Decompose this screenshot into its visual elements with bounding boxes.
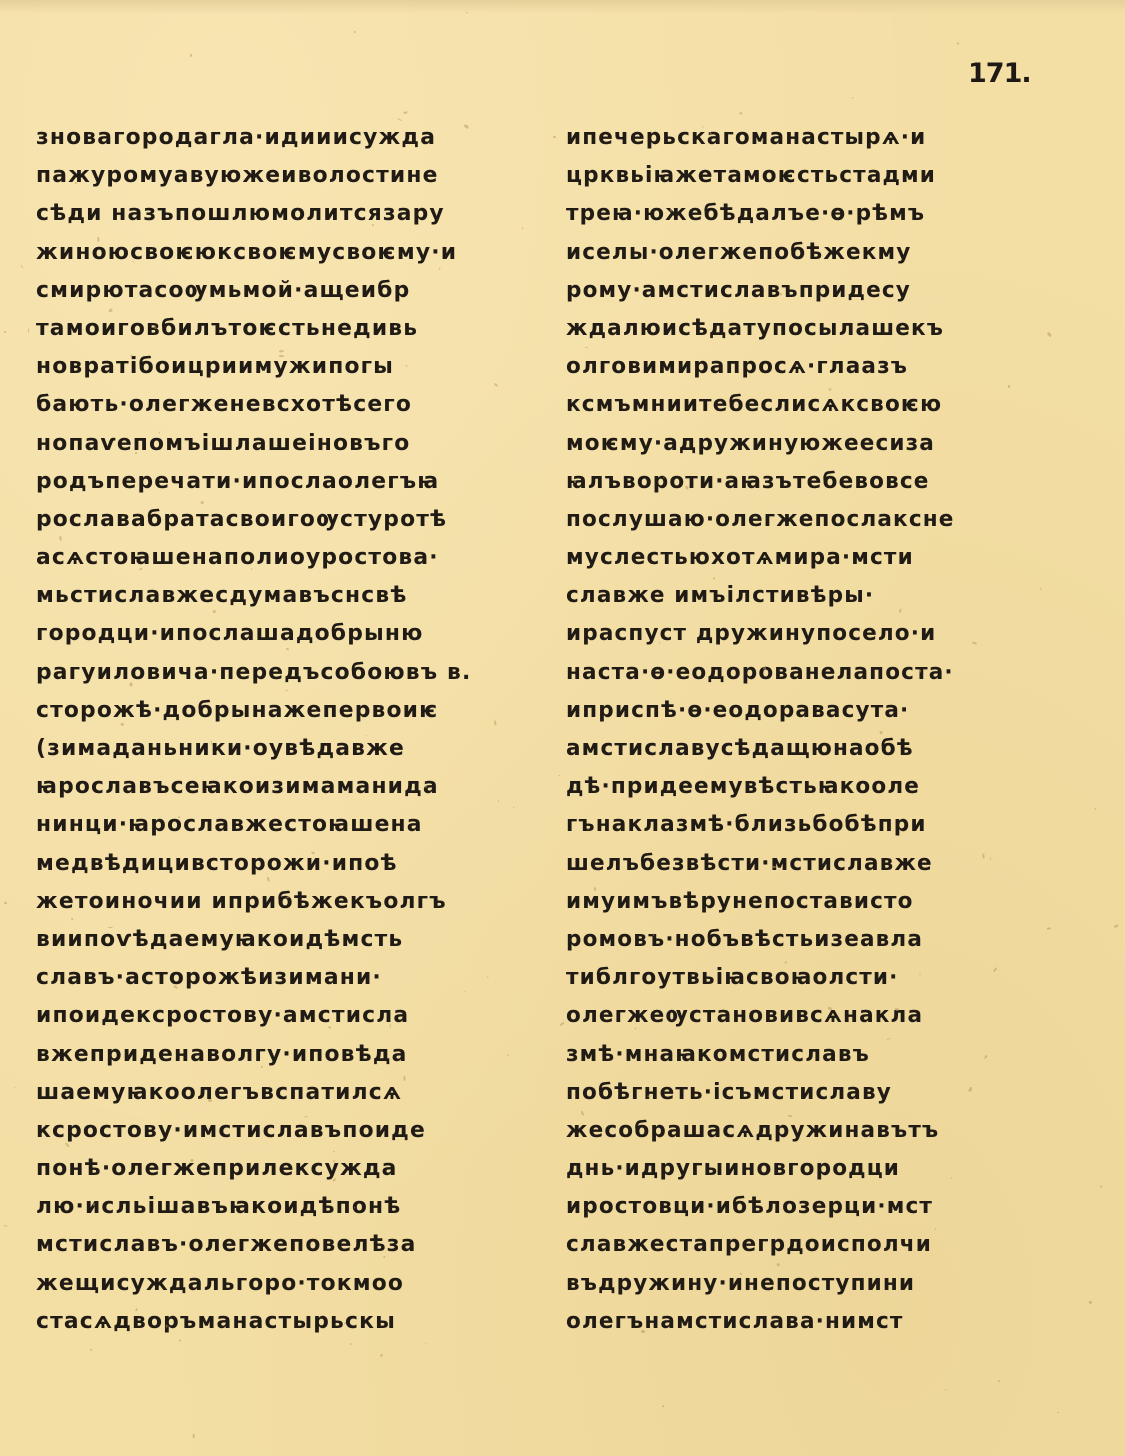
paper-speck bbox=[945, 1389, 947, 1391]
manuscript-line: новратiбоицриимужипогы bbox=[36, 347, 516, 385]
paper-speck bbox=[328, 1026, 331, 1028]
paper-speck bbox=[382, 1255, 385, 1258]
manuscript-line: бають·олегженевсхотѣсего bbox=[36, 385, 516, 423]
manuscript-line: ромовъ·нобъвѣстьизеавла bbox=[566, 920, 1016, 958]
page-number: 171. bbox=[968, 58, 1031, 89]
manuscript-line: олговимирапросѧ·глаазъ bbox=[566, 347, 1016, 385]
manuscript-line: ипоидексростову·амстисла bbox=[36, 996, 516, 1034]
paper-speck bbox=[1040, 587, 1043, 590]
manuscript-line: днь·идругыиновгородци bbox=[566, 1149, 1016, 1187]
paper-speck bbox=[343, 1322, 346, 1325]
paper-speck bbox=[210, 443, 211, 444]
paper-speck bbox=[3, 1225, 8, 1226]
paper-speck bbox=[957, 42, 960, 44]
manuscript-line: рому·амстиславъпридесу bbox=[566, 271, 1016, 309]
manuscript-line: тамоиговбилътоѥстьнедивь bbox=[36, 309, 516, 347]
manuscript-line: рагуиловича·передъсобоювъ в. bbox=[36, 653, 516, 691]
manuscript-line: треꙗ·южебѣдалъе·ѳ·рѣмъ bbox=[566, 194, 1016, 232]
manuscript-line: дѣ·придеемувѣстьꙗкоолe bbox=[566, 767, 1016, 805]
manuscript-line: ꙗрославъсеꙗкоизимаманида bbox=[36, 767, 516, 805]
manuscript-line: црквьiꙗжетамоѥстьстадми bbox=[566, 156, 1016, 194]
manuscript-line: сторожѣ·добрынажепервоиѥ bbox=[36, 691, 516, 729]
manuscript-line: шаемуꙗкоолегъвспатилсѧ bbox=[36, 1073, 516, 1111]
paper-speck bbox=[997, 1380, 1000, 1383]
manuscript-line: ипечерьскагоманастырѧ·и bbox=[566, 118, 1016, 156]
manuscript-line: ксростову·имстиславъпоиде bbox=[36, 1111, 516, 1149]
paper-speck bbox=[354, 1207, 355, 1209]
manuscript-line: жещисуждальгоро·токмоо bbox=[36, 1264, 516, 1302]
paper-speck bbox=[1095, 807, 1097, 810]
paper-speck bbox=[934, 1228, 936, 1230]
paper-speck bbox=[1056, 1412, 1058, 1414]
manuscript-line: зновагородагла·идииисуждa bbox=[36, 118, 516, 156]
manuscript-line: шелъбезвѣсти·мстиславже bbox=[566, 844, 1016, 882]
manuscript-line: пажуромуавуюжеиволостине bbox=[36, 156, 516, 194]
paper-speck bbox=[97, 236, 99, 241]
paper-speck bbox=[165, 1324, 168, 1327]
manuscript-line: стасѧдворъманастырьскы bbox=[36, 1302, 516, 1340]
paper-speck bbox=[702, 125, 703, 127]
manuscript-line: асѧстоꙗшенаполиоуростова· bbox=[36, 538, 516, 576]
paper-speck bbox=[179, 1339, 181, 1342]
manuscript-line: вжеприденаволгу·иповѣда bbox=[36, 1035, 516, 1073]
manuscript-line: славжестапрегрдоисполчи bbox=[566, 1225, 1016, 1263]
paper-speck bbox=[560, 1022, 565, 1026]
paper-speck bbox=[403, 1076, 406, 1081]
manuscript-line: въдружину·инепоступини bbox=[566, 1264, 1016, 1302]
left-text-column: зновагородагла·идииисуждaпажуромуавуюжеи… bbox=[36, 118, 531, 1340]
manuscript-line: змѣ·мнаꙗкомстиславъ bbox=[566, 1035, 1016, 1073]
manuscript-line: ждалюисѣдатупосылашекъ bbox=[566, 309, 1016, 347]
manuscript-line: ꙗлъвороти·аꙗзътебевовсе bbox=[566, 462, 1016, 500]
paper-speck bbox=[89, 1348, 92, 1351]
manuscript-line: сѣди назъпошлюмолитсязару bbox=[36, 194, 516, 232]
manuscript-line: ксмъмниитебеслисѧксвоѥю bbox=[566, 385, 1016, 423]
manuscript-line: наста·ѳ·еодорованелапоста· bbox=[566, 653, 1016, 691]
paper-speck bbox=[559, 775, 561, 776]
manuscript-line: муслестьюхотѧмира·мсти bbox=[566, 538, 1016, 576]
manuscript-line: тиблгоутвьiꙗсвоꙗолсти· bbox=[566, 958, 1016, 996]
paper-speck bbox=[1113, 924, 1118, 928]
page-top-edge bbox=[0, 0, 1125, 14]
paper-speck bbox=[28, 328, 30, 333]
paper-speck bbox=[177, 816, 179, 818]
paper-speck bbox=[553, 136, 556, 138]
manuscript-line: славже имъiлстивѣры· bbox=[566, 576, 1016, 614]
right-text-column: ипечерьскагоманастырѧ·ицрквьiꙗжетамоѥсть… bbox=[566, 118, 1036, 1340]
manuscript-line: понѣ·олегжеприлексуждa bbox=[36, 1149, 516, 1187]
paper-speck bbox=[350, 1343, 353, 1345]
manuscript-line: гънаклазмѣ·близьбобѣпри bbox=[566, 805, 1016, 843]
paper-speck bbox=[1046, 928, 1050, 930]
manuscript-line: нинци·ꙗрославжестоꙗшена bbox=[36, 805, 516, 843]
paper-speck bbox=[1089, 1300, 1093, 1304]
manuscript-line: мстиславъ·олегжеповелѣза bbox=[36, 1225, 516, 1263]
paper-speck bbox=[739, 112, 742, 114]
paper-speck bbox=[851, 97, 853, 99]
paper-speck bbox=[208, 1098, 212, 1101]
manuscript-line: ираспуст дружинупосело·и bbox=[566, 614, 1016, 652]
manuscript-line: олегънамстислава·нимст bbox=[566, 1302, 1016, 1340]
paper-speck bbox=[4, 331, 6, 333]
manuscript-line: (зимаданьники·оувѣдавже bbox=[36, 729, 516, 767]
manuscript-line: иселы·олегжепобѣжекму bbox=[566, 233, 1016, 271]
manuscript-line: моѥму·адружинуюжеесиза bbox=[566, 424, 1016, 462]
manuscript-line: нопаѵепомъiшлашеiновъго bbox=[36, 424, 516, 462]
paper-speck bbox=[1047, 332, 1052, 337]
paper-speck bbox=[279, 354, 284, 356]
manuscript-line: смирютасоѹмьмой·ащеибр bbox=[36, 271, 516, 309]
manuscript-line: послушаю·олегжепослаксне bbox=[566, 500, 1016, 538]
paper-speck bbox=[425, 1343, 427, 1345]
paper-speck bbox=[404, 112, 408, 115]
manuscript-line: жиноюсвоѥюксвоѥмусвоѥму·и bbox=[36, 233, 516, 271]
manuscript-line: лю·исльiшавъꙗкоидѣпонѣ bbox=[36, 1187, 516, 1225]
paper-speck bbox=[189, 54, 192, 57]
manuscript-line: имуимъвѣрунепоставистo bbox=[566, 882, 1016, 920]
manuscript-line: медвѣдицивсторожи·ипоѣ bbox=[36, 844, 516, 882]
paper-speck bbox=[919, 669, 921, 672]
paper-speck bbox=[120, 722, 123, 725]
manuscript-line: виипоѵѣдаемуꙗкоидѣмсть bbox=[36, 920, 516, 958]
paper-speck bbox=[127, 478, 129, 480]
manuscript-line: иростовци·ибѣлозерци·мст bbox=[566, 1187, 1016, 1225]
manuscript-line: иприспѣ·ѳ·еодоравасута· bbox=[566, 691, 1016, 729]
manuscript-line: городци·ипослашадобрыню bbox=[36, 614, 516, 652]
paper-speck bbox=[661, 1405, 664, 1408]
paper-speck bbox=[14, 1087, 16, 1089]
manuscript-line: родъперечати·ипослаолегъꙗ bbox=[36, 462, 516, 500]
manuscript-line: жетоиночии иприбѣжекъолгъ bbox=[36, 882, 516, 920]
manuscript-line: славъ·асторожѣизимани· bbox=[36, 958, 516, 996]
paper-speck bbox=[4, 902, 7, 905]
paper-speck bbox=[192, 1434, 194, 1438]
manuscript-line: побѣгнеть·ісъмстиславу bbox=[566, 1073, 1016, 1111]
manuscript-line: амстиславусѣдащюнаобѣ bbox=[566, 729, 1016, 767]
paper-speck bbox=[380, 1354, 384, 1358]
paper-speck bbox=[1100, 1185, 1102, 1188]
manuscript-line: рославабратасвоигоѹстуротѣ bbox=[36, 500, 516, 538]
paper-speck bbox=[354, 31, 356, 33]
paper-speck bbox=[154, 325, 157, 329]
paper-speck bbox=[21, 265, 24, 268]
manuscript-line: мьстиславжесдумавъснсвѣ bbox=[36, 576, 516, 614]
